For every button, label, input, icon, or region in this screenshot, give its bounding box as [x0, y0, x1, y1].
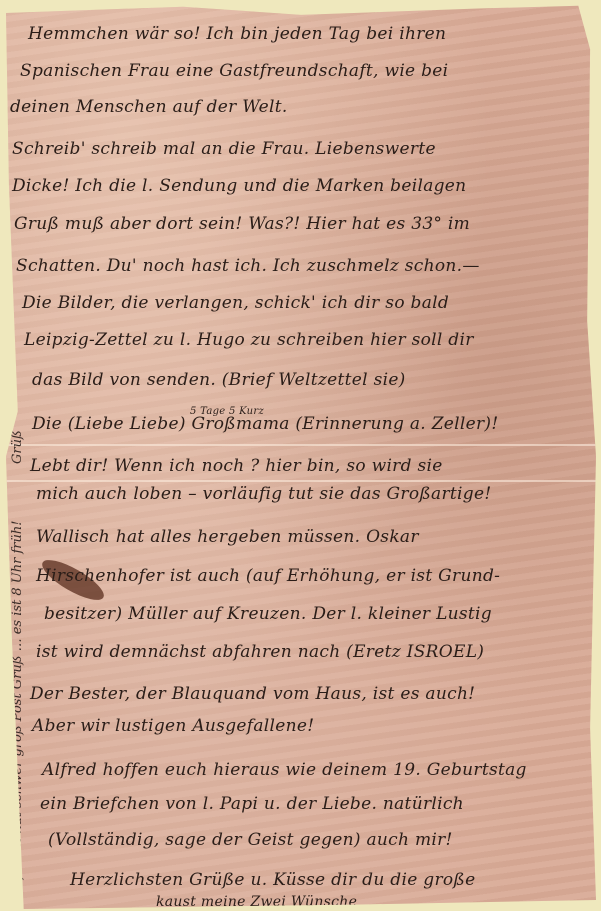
text-line: Aber wir lustigen Ausgefallene! — [32, 716, 314, 736]
text-line: Hemmchen wär so! Ich bin jeden Tag bei i… — [28, 24, 446, 44]
text-line: Schreib' schreib mal an die Frau. Lieben… — [12, 139, 436, 159]
text-line: Die (Liebe Liebe) Großmama (Erinnerung a… — [32, 414, 499, 434]
text-line: Leipzig-Zettel zu l. Hugo zu schreiben h… — [24, 330, 474, 350]
text-line: kaust meine Zwei Wünsche — [156, 894, 357, 910]
text-line: Spanischen Frau eine Gastfreundschaft, w… — [20, 61, 448, 81]
text-line: mich auch loben – vorläufig tut sie das … — [36, 484, 491, 504]
text-line: ein Briefchen von l. Papi u. der Liebe. … — [40, 794, 464, 814]
paper-crease — [6, 444, 596, 446]
text-line: Herzlichsten Grüße u. Küsse dir du die g… — [70, 870, 475, 890]
text-line: Lebt dir! Wenn ich noch ? hier bin, so w… — [30, 456, 443, 476]
text-line: Hirschenhofer ist auch (auf Erhöhung, er… — [36, 566, 500, 586]
text-line: deinen Menschen auf der Welt. — [10, 97, 288, 117]
letter-page: Hemmchen wär so! Ich bin jeden Tag bei i… — [6, 4, 596, 909]
text-line: Alfred hoffen euch hieraus wie deinem 19… — [42, 760, 527, 780]
text-line: Wallisch hat alles hergeben müssen. Oska… — [36, 527, 419, 547]
text-line: das Bild von senden. (Brief Weltzettel s… — [32, 370, 406, 390]
text-line: ist wird demnächst abfahren nach (Eretz … — [36, 642, 484, 662]
margin-note: Grüß Gott hat schwer groß Post Grüß … es… — [10, 521, 25, 904]
paper-crease — [6, 480, 596, 482]
margin-note: Grüß — [10, 430, 25, 464]
text-line: Schatten. Du' noch hast ich. Ich zuschme… — [16, 256, 480, 276]
text-line: Die Bilder, die verlangen, schick' ich d… — [22, 293, 449, 313]
text-line: Dicke! Ich die l. Sendung und die Marken… — [12, 176, 466, 196]
text-line: besitzer) Müller auf Kreuzen. Der l. kle… — [44, 604, 492, 624]
text-line: Der Bester, der Blauquand vom Haus, ist … — [30, 684, 475, 704]
text-line: Gruß muß aber dort sein! Was?! Hier hat … — [14, 214, 470, 234]
text-line: (Vollständig, sage der Geist gegen) auch… — [48, 830, 453, 850]
